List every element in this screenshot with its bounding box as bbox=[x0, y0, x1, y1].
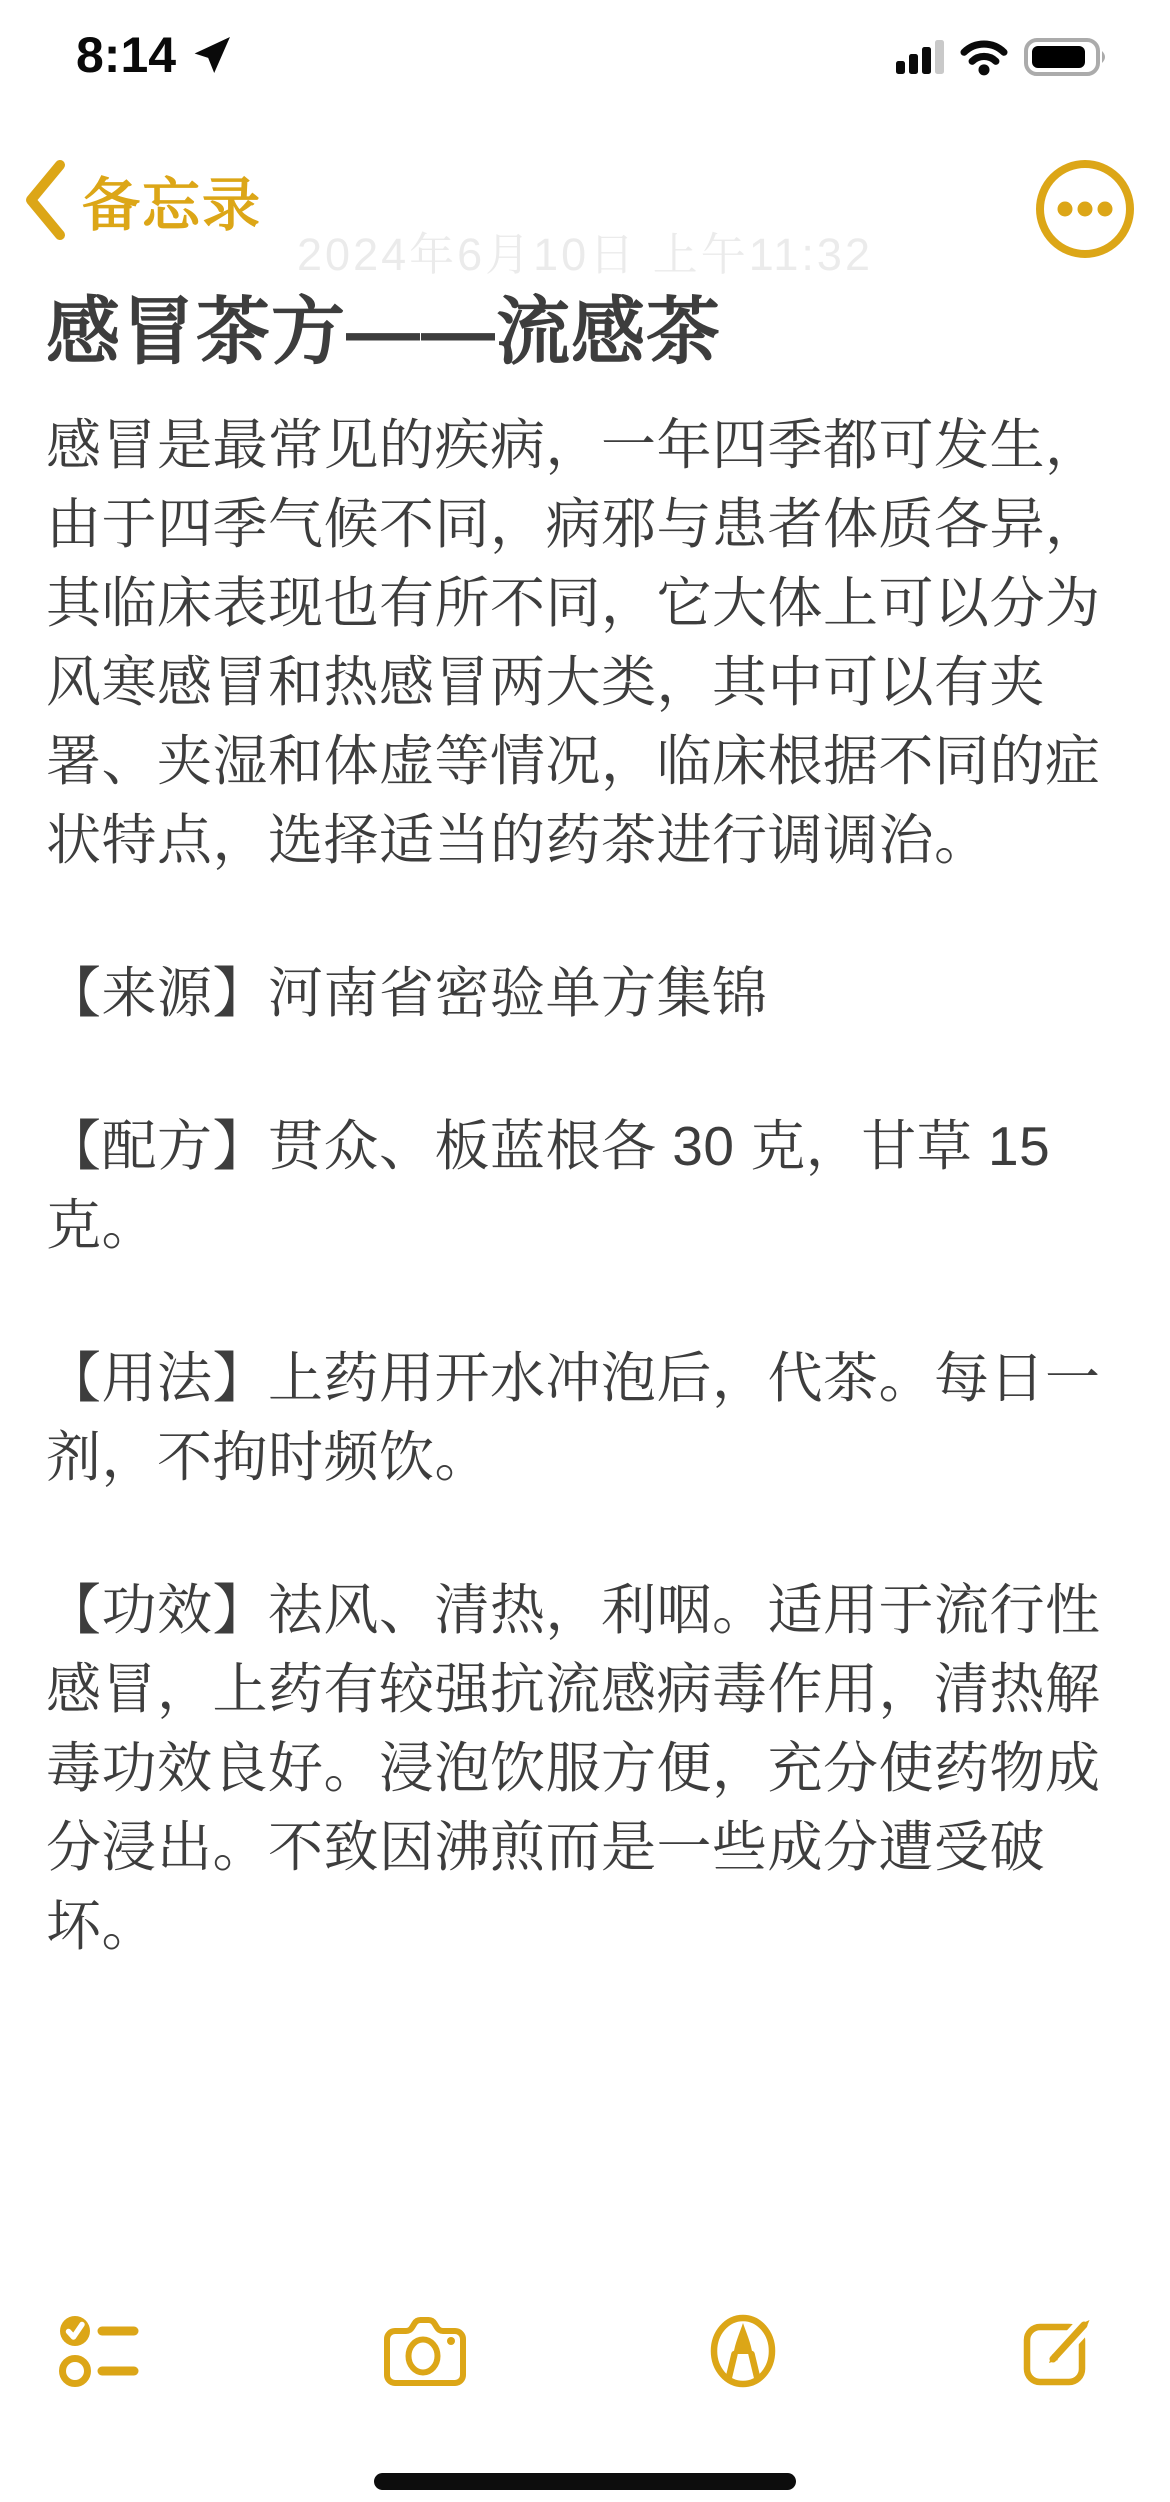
checklist-button[interactable] bbox=[56, 2308, 166, 2394]
note-paragraph-recipe: 【配方】贯众、板蓝根各 30 克，甘草 15 克。 bbox=[46, 1107, 1124, 1265]
markup-button[interactable] bbox=[688, 2308, 798, 2394]
camera-button[interactable] bbox=[372, 2308, 482, 2394]
camera-icon bbox=[384, 2315, 470, 2387]
checklist-icon bbox=[58, 2313, 164, 2389]
note-paragraph-effect: 【功效】祛风、清热，利咽。适用于流行性感冒，上药有较强抗流感病毒作用，清热解毒功… bbox=[46, 1571, 1124, 1966]
markup-pen-icon bbox=[706, 2311, 780, 2391]
note-date-stamp: 2024年6月10日 上午11:32 bbox=[0, 218, 1170, 283]
location-arrow-icon bbox=[190, 33, 234, 77]
home-indicator[interactable] bbox=[374, 2473, 796, 2490]
note-editor[interactable]: 感冒茶方——流感茶 感冒是最常见的疾病，一年四季都可发生，由于四季气候不同，病邪… bbox=[0, 284, 1170, 2040]
compose-icon bbox=[1022, 2314, 1096, 2388]
compose-button[interactable] bbox=[1004, 2308, 1114, 2394]
note-paragraph-usage: 【用法】上药用开水冲泡后，代茶。每日一剂，不拘时频饮。 bbox=[46, 1339, 1124, 1497]
battery-icon bbox=[1024, 38, 1110, 76]
note-title: 感冒茶方——流感茶 bbox=[46, 284, 1124, 380]
nav-bar: 备忘录 2024年6月10日 上午11:32 bbox=[0, 140, 1170, 280]
note-paragraph-intro: 感冒是最常见的疾病，一年四季都可发生，由于四季气候不同，病邪与患者体质各异，其临… bbox=[46, 406, 1124, 880]
ellipsis-circle-icon bbox=[1034, 158, 1136, 260]
note-paragraph-source: 【来源】河南省密验单方集锦 bbox=[46, 954, 1124, 1033]
cellular-signal-icon bbox=[896, 38, 944, 76]
status-time: 8:14 bbox=[76, 26, 176, 84]
status-bar: 8:14 bbox=[0, 0, 1170, 110]
more-button[interactable] bbox=[1034, 158, 1136, 260]
bottom-toolbar bbox=[0, 2308, 1170, 2394]
notes-app-screen: 8:14 备忘录 2024年6月10日 bbox=[0, 0, 1170, 2502]
wifi-icon bbox=[958, 38, 1010, 76]
